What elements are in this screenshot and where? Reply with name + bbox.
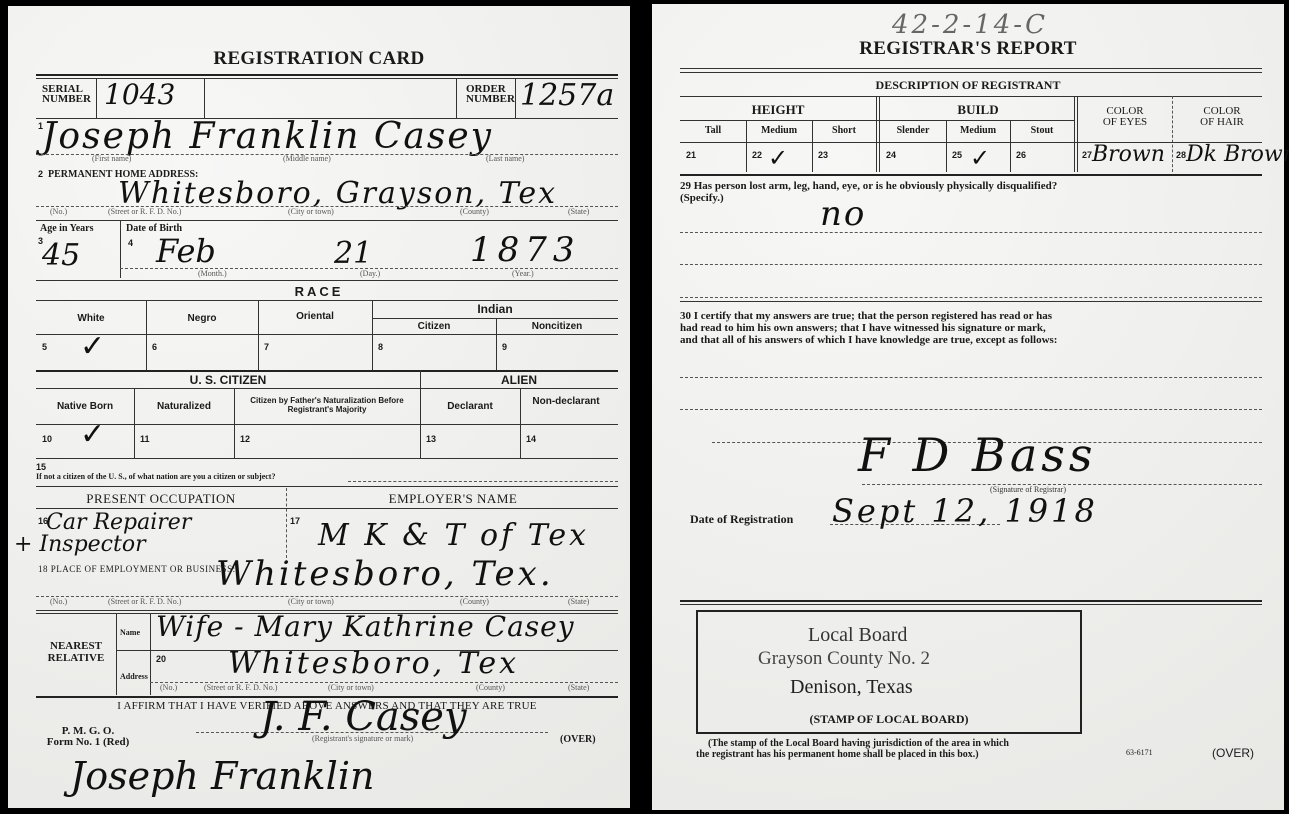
hair-color-value: Dk Brown [1186, 142, 1289, 167]
answer-line [680, 264, 1262, 265]
divider [36, 458, 618, 459]
month-sublabel: (Month.) [198, 269, 227, 278]
last-name-sublabel: (Last name) [486, 154, 524, 163]
divider [456, 78, 457, 118]
sublabel: (City or town) [328, 683, 374, 692]
form-id: P. M. G. O. Form No. 1 (Red) [38, 726, 138, 748]
build-stout-label: Stout [1010, 126, 1074, 136]
serial-number-value: 1043 [104, 78, 175, 111]
race-white-checkmark: ✓ [80, 332, 105, 362]
field-number: 22 [752, 150, 762, 160]
occupation-label: PRESENT OCCUPATION [36, 491, 286, 507]
employment-place-label: 18 PLACE OF EMPLOYMENT OR BUSINESS: [38, 564, 236, 574]
divider [36, 300, 618, 301]
non-declarant-label: Non-declarant [526, 396, 606, 407]
height-medium-label: Medium [746, 126, 812, 136]
hair-color-label: COLOR OF HAIR [1172, 106, 1272, 128]
registration-card-back: 42-2-14-C REGISTRAR'S REPORT DESCRIPTION… [652, 4, 1284, 810]
native-born-checkmark: ✓ [80, 420, 105, 450]
divider [520, 388, 521, 458]
certification-text: 30 I certify that my answers are true; t… [680, 310, 1270, 346]
card-title: REGISTRATION CARD [8, 48, 630, 70]
serial-label-line2: NUMBER [42, 94, 91, 104]
day-sublabel: (Day.) [360, 269, 380, 278]
order-number-value: 1257a [520, 78, 614, 113]
field-number: 12 [240, 434, 250, 444]
registrant-signature-initials: J. F. Casey [260, 694, 467, 740]
registrant-signature: Joseph Franklin [70, 754, 374, 798]
employment-place-label-text: PLACE OF EMPLOYMENT OR BUSINESS: [51, 564, 236, 574]
stamp-line1: Local Board [808, 624, 907, 647]
nearest-relative-label: NEAREST RELATIVE [36, 640, 116, 664]
divider [120, 220, 121, 278]
divider [680, 301, 1262, 302]
stamp-line3: Denison, Texas [790, 676, 913, 699]
sublabel: (No.) [50, 207, 67, 216]
over-label: (OVER) [560, 734, 596, 745]
divider [36, 370, 618, 372]
field-number: 14 [526, 434, 536, 444]
field-number: 2 [38, 169, 43, 179]
field-number: 24 [886, 150, 896, 160]
stamp-footnote-line2: the registrant has his permanent home sh… [696, 749, 1009, 760]
divider [680, 120, 1074, 121]
birth-month-value: Feb [156, 232, 216, 270]
field-number: 10 [42, 434, 52, 444]
employer-value: M K & T of Tex [318, 518, 589, 553]
registration-card-front: REGISTRATION CARD SERIAL NUMBER 1043 ORD… [8, 6, 630, 808]
certification-line2: had read to him his own answers; that I … [680, 322, 1270, 334]
field-number: 8 [378, 342, 383, 352]
divider [36, 280, 618, 281]
sublabel: (No.) [160, 683, 177, 692]
occupation-value-line2: + Inspector [14, 532, 146, 557]
registrar-signature: F D Bass [858, 428, 1096, 482]
height-tall-label: Tall [680, 126, 746, 136]
divider [36, 334, 618, 335]
print-code: 63-6171 [1126, 748, 1153, 757]
field-number: 18 [38, 564, 48, 574]
relative-address-label: Address [120, 672, 148, 681]
divider [680, 174, 1262, 176]
citizen-by-father-label: Citizen by Father's Naturalization Befor… [240, 396, 414, 414]
native-born-label: Native Born [36, 402, 134, 412]
sublabel: (County) [460, 207, 489, 216]
over-label: (OVER) [1212, 746, 1254, 760]
race-indian-noncitizen-label: Noncitizen [496, 322, 618, 332]
question-29-answer: no [820, 194, 866, 234]
age-value: 45 [42, 238, 80, 273]
divider [116, 613, 117, 695]
field-number: 9 [502, 342, 507, 352]
divider [134, 388, 135, 458]
race-indian-citizen-label: Citizen [372, 322, 496, 332]
divider [680, 604, 1262, 605]
field-number: 17 [290, 516, 300, 526]
employer-label: EMPLOYER'S NAME [288, 491, 618, 507]
sublabel: (Street or R. F. D. No.) [108, 597, 181, 606]
divider [36, 508, 618, 509]
relative-address-value: Whitesboro, Tex [228, 646, 519, 681]
height-title: HEIGHT [680, 102, 876, 118]
sublabel: (State) [568, 597, 589, 606]
divider [36, 220, 618, 221]
eye-color-label: COLOR OF EYES [1078, 106, 1172, 128]
stamp-number: 42-2-14-C [892, 10, 1048, 40]
stamp-caption: (STAMP OF LOCAL BOARD) [698, 712, 1080, 727]
registrant-name-value: Joseph Franklin Casey [42, 116, 493, 157]
naturalized-label: Naturalized [134, 402, 234, 412]
relative-name-value: Wife - Mary Kathrine Casey [156, 610, 575, 643]
birth-year-value: 1873 [470, 230, 581, 270]
divider [876, 96, 877, 172]
birth-day-value: 21 [334, 236, 372, 271]
field-number: 13 [426, 434, 436, 444]
us-citizen-title: U. S. CITIZEN [36, 373, 420, 387]
divider [420, 370, 421, 458]
divider [372, 318, 618, 319]
divider [36, 424, 618, 425]
nation-question: If not a citizen of the U. S., of what n… [36, 472, 275, 481]
field-number: 6 [152, 342, 157, 352]
divider [348, 481, 618, 482]
field-number: 21 [686, 150, 696, 160]
nearest-relative-label-line1: NEAREST [36, 640, 116, 652]
height-medium-checkmark: ✓ [768, 144, 788, 174]
indian-label: Indian [372, 304, 618, 314]
build-medium-checkmark: ✓ [970, 144, 990, 174]
race-white-label: White [36, 314, 146, 324]
alien-title: ALIEN [420, 373, 618, 387]
divider [286, 488, 287, 558]
stamp-box: Local Board Grayson County No. 2 Denison… [696, 610, 1082, 734]
sublabel: (No.) [50, 597, 67, 606]
divider [36, 388, 618, 389]
certification-line3: and that all of his answers of which I h… [680, 334, 1270, 346]
field-number: 5 [42, 342, 47, 352]
eye-color-label-line2: OF EYES [1078, 117, 1172, 128]
divider [146, 300, 147, 370]
field-number: 23 [818, 150, 828, 160]
sublabel: (State) [568, 683, 589, 692]
field-number: 20 [156, 654, 166, 664]
answer-line [680, 409, 1262, 410]
sublabel: (City or town) [288, 597, 334, 606]
sublabel: (State) [568, 207, 589, 216]
eye-color-value: Brown [1092, 142, 1165, 167]
hair-color-label-line2: OF HAIR [1172, 117, 1272, 128]
divider [36, 486, 618, 487]
build-title: BUILD [880, 102, 1076, 118]
form-id-line2: Form No. 1 (Red) [38, 737, 138, 748]
field-number: 26 [1016, 150, 1026, 160]
divider [96, 78, 97, 118]
divider [36, 74, 618, 76]
description-title: DESCRIPTION OF REGISTRANT [652, 78, 1284, 93]
field-number: 11 [140, 434, 150, 444]
stamp-footnote-line1: (The stamp of the Local Board having jur… [696, 738, 1009, 749]
answer-line [680, 297, 1262, 298]
height-short-label: Short [812, 126, 876, 136]
certification-line1: 30 I certify that my answers are true; t… [680, 310, 1270, 322]
stamp-footnote: (The stamp of the Local Board having jur… [696, 738, 1009, 760]
sublabel: (County) [460, 597, 489, 606]
build-medium-label: Medium [946, 126, 1010, 136]
field-number: 28 [1176, 150, 1186, 160]
report-title: REGISTRAR'S REPORT [652, 38, 1284, 60]
divider [680, 72, 1262, 73]
year-sublabel: (Year.) [512, 269, 534, 278]
registration-date-label: Date of Registration [690, 512, 793, 527]
race-negro-label: Negro [146, 314, 258, 324]
divider [680, 142, 1262, 143]
sublabel: (Street or R. F. D. No.) [204, 683, 277, 692]
order-label: ORDER NUMBER [466, 84, 515, 104]
divider [1074, 96, 1075, 172]
field-number: 7 [264, 342, 269, 352]
age-label: Age in Years [40, 224, 94, 234]
first-name-sublabel: (First name) [92, 154, 131, 163]
nearest-relative-label-line2: RELATIVE [36, 652, 116, 664]
registration-date-value: Sept 12, 1918 [832, 492, 1098, 530]
employment-place-value: Whitesboro, Tex. [216, 554, 554, 594]
declarant-label: Declarant [420, 402, 520, 412]
answer-line [680, 232, 1262, 233]
field-number: 25 [952, 150, 962, 160]
serial-label: SERIAL NUMBER [42, 84, 91, 104]
middle-name-sublabel: (Middle name) [283, 154, 331, 163]
order-label-line2: NUMBER [466, 94, 515, 104]
relative-name-label: Name [120, 628, 140, 637]
divider [680, 96, 1262, 97]
divider [680, 600, 1262, 602]
divider [204, 78, 205, 118]
race-oriental-label: Oriental [258, 312, 372, 322]
sublabel: (County) [476, 683, 505, 692]
divider [680, 68, 1262, 69]
specify-label: (Specify.) [680, 192, 724, 204]
sublabel: (City or town) [288, 207, 334, 216]
question-29: 29 Has person lost arm, leg, hand, eye, … [680, 180, 1270, 192]
field-number: 15 [36, 462, 46, 472]
answer-line [680, 377, 1262, 378]
field-number: 27 [1082, 150, 1092, 160]
divider [234, 388, 235, 458]
field-number: 4 [128, 238, 133, 248]
divider [258, 300, 259, 370]
divider [515, 78, 516, 118]
stamp-line2: Grayson County No. 2 [758, 648, 930, 670]
sublabel: (Street or R. F. D. No.) [108, 207, 181, 216]
race-title: RACE [8, 284, 630, 299]
build-slender-label: Slender [880, 126, 946, 136]
